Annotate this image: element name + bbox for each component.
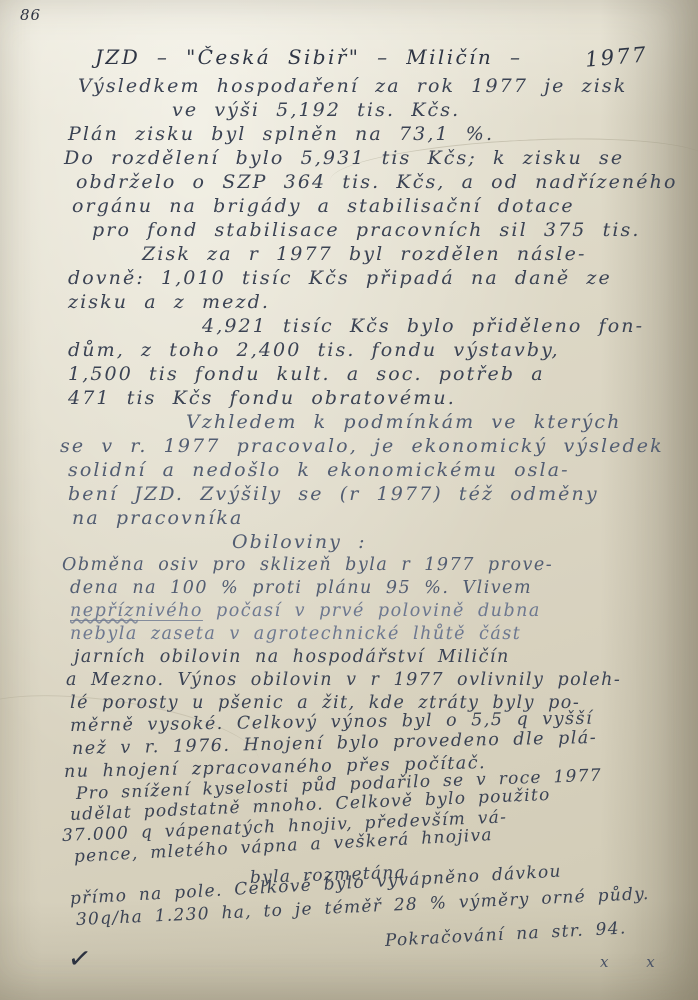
handwritten-line: na pracovníka: [72, 506, 698, 530]
handwritten-line: nebyla zaseta v agrotechnické lhůtě část: [70, 623, 698, 646]
year-annotation: 1977: [584, 39, 649, 74]
handwritten-line: pro fond stabilisace pracovních sil 375 …: [92, 218, 698, 242]
handwritten-line: a Mezno. Výnos obilovin v r 1977 ovlivni…: [66, 669, 698, 692]
handwritten-line: dovně: 1,010 tisíc Kčs připadá na daně z…: [68, 266, 698, 290]
chronicle-page: 86 JZD – "Česká Sibiř" – Miličín – 1977 …: [0, 0, 698, 1000]
handwritten-line: bení JZD. Zvýšily se (r 1977) též odměny: [68, 482, 698, 506]
line-remainder: počasí v prvé polovině dubna: [203, 601, 541, 621]
underlined-word: nepříznivého: [70, 601, 203, 621]
handwritten-line: Zisk za r 1977 byl rozdělen násle-: [142, 242, 698, 266]
handwritten-line: dům, z toho 2,400 tis. fondu výstavby,: [68, 338, 698, 362]
handwritten-line: Výsledkem hospodaření za rok 1977 je zis…: [78, 74, 698, 98]
continuation-note: Pokračování na str. 94.: [384, 915, 698, 952]
handwritten-line: zisku a z mezd.: [68, 290, 698, 314]
page-number: 86: [20, 6, 41, 24]
checkmark-annotation: ✓: [66, 941, 94, 977]
handwritten-line: dena na 100 % proti plánu 95 %. Vlivem: [70, 577, 698, 600]
overlined-word: nebyla: [70, 624, 138, 644]
document-title: JZD – "Česká Sibiř" – Miličín –: [95, 42, 522, 72]
section-heading-obiloviny: Obiloviny :: [232, 530, 698, 554]
handwritten-line: ve výši 5,192 tis. Kčs.: [172, 98, 698, 122]
end-marks: x x: [600, 952, 698, 973]
handwritten-line: obdrželo o SZP 364 tis. Kčs, a od nadříz…: [76, 170, 698, 194]
handwritten-line: Vzhledem k podmínkám ve kterých: [186, 410, 698, 434]
line-remainder: zaseta v agrotechnické lhůtě část: [138, 624, 522, 644]
handwritten-line: 4,921 tisíc Kčs bylo přiděleno fon-: [202, 314, 698, 338]
handwritten-line: solidní a nedošlo k ekonomickému osla-: [68, 458, 698, 482]
handwritten-line: 1,500 tis fondu kult. a soc. potřeb a: [68, 362, 698, 386]
handwritten-line: se v r. 1977 pracovalo, je ekonomický vý…: [60, 434, 698, 458]
handwritten-line: Do rozdělení bylo 5,931 tis Kčs; k zisku…: [64, 146, 698, 170]
handwritten-line: Plán zisku byl splněn na 73,1 %.: [68, 122, 698, 146]
document-header: JZD – "Česká Sibiř" – Miličín – 1977: [95, 42, 648, 72]
handwritten-line: 471 tis Kčs fondu obratovému.: [68, 386, 698, 410]
handwritten-line: nepříznivého počasí v prvé polovině dubn…: [70, 600, 698, 623]
handwritten-line: jarních obilovin na hospodářství Miličín: [74, 646, 698, 669]
handwritten-line: Obměna osiv pro sklizeň byla r 1977 prov…: [62, 554, 698, 577]
handwritten-line: orgánu na brigády a stabilisační dotace: [72, 194, 698, 218]
handwritten-text-block: JZD – "Česká Sibiř" – Miličín – 1977 Výs…: [0, 42, 698, 973]
